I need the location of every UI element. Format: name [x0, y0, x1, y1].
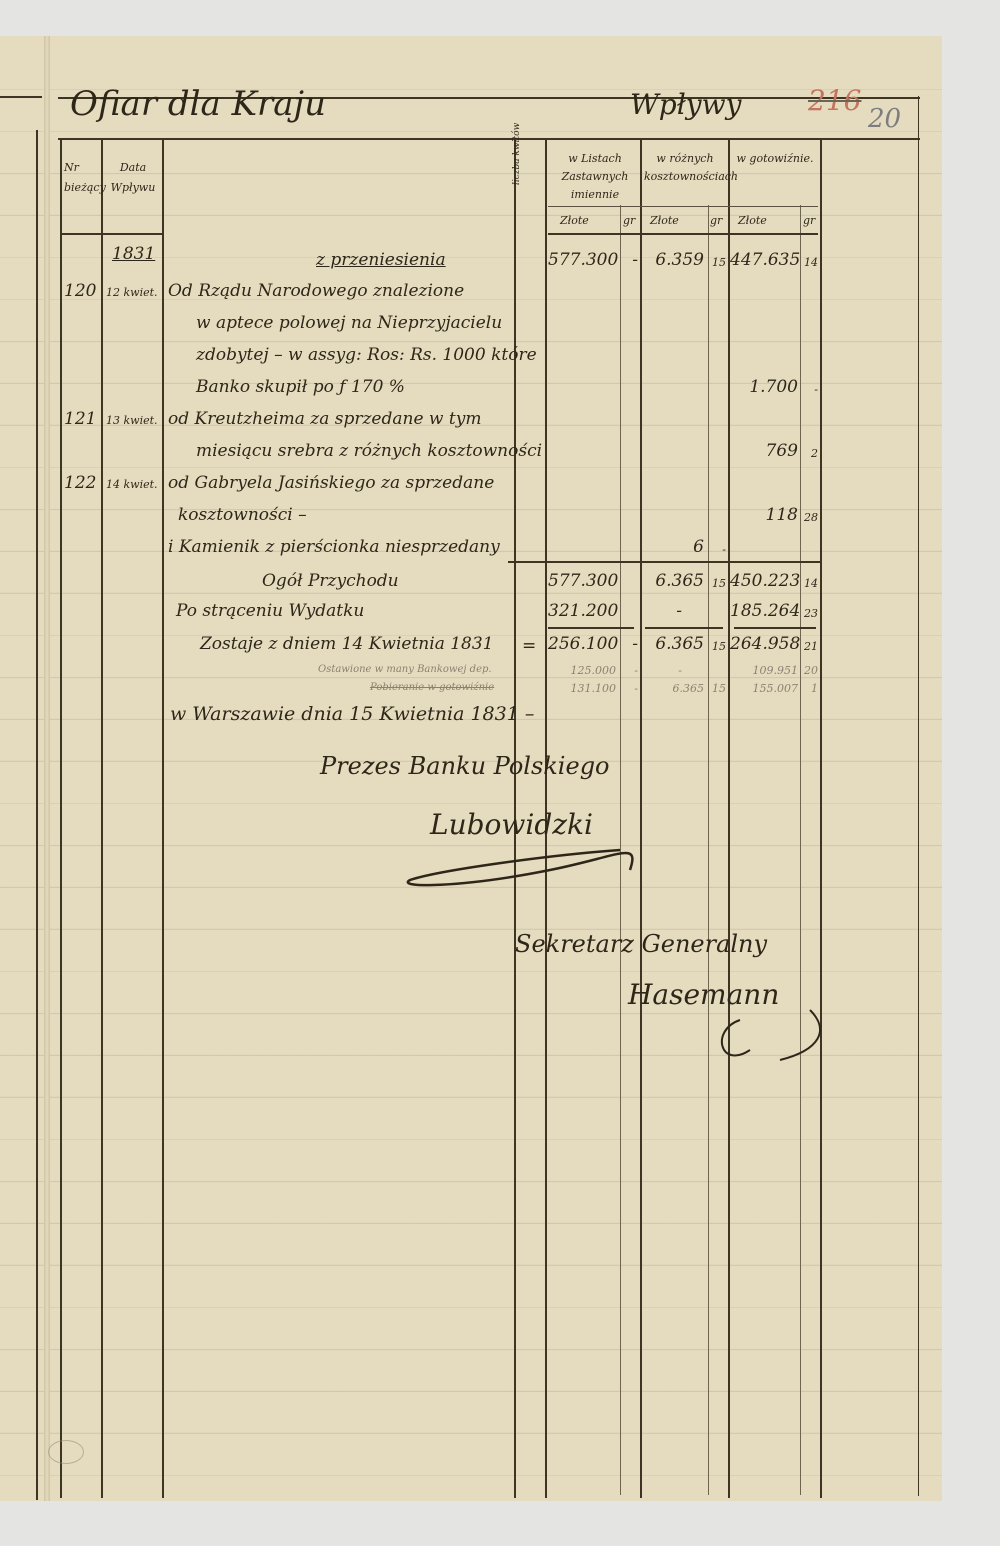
header-rule: [58, 138, 920, 140]
header-bottom-rule-right: [548, 233, 818, 235]
total-listy-zl: 577.300: [548, 571, 616, 591]
binding-gutter: [44, 36, 50, 1501]
entry-120-line-4: Banko skupił po ƒ 170 %: [196, 377, 405, 397]
expense-listy-zl: 321.200: [548, 601, 616, 621]
col-line-date-right: [162, 138, 164, 1498]
col-header-kwity: liczba kwitów: [512, 125, 522, 185]
balance-label: Zostaje z dniem 14 Kwietnia 1831: [200, 634, 494, 654]
archive-stamp: [48, 1440, 84, 1464]
entry-122-got-zl: 118: [730, 505, 798, 525]
signature-flourish: [400, 840, 730, 900]
president-title: Prezes Banku Polskiego: [320, 752, 610, 780]
balance-got-zl: 264.958: [730, 634, 798, 654]
balance-kosz-zl: 6.365: [642, 634, 704, 654]
entry-121-line-2: miesiącu srebra z różnych kosztowności: [196, 441, 542, 461]
note2-got-zl: 155.007: [730, 682, 798, 695]
right-frame: [918, 96, 919, 1496]
col-line-got-right: [820, 138, 822, 1498]
total-got-gr: 14: [800, 577, 818, 590]
entry-122-line-1: od Gabryela Jasińskiego za sprzedane: [168, 473, 494, 493]
note1-got-gr: 20: [800, 664, 818, 677]
balance-listy-zl: 256.100: [548, 634, 616, 654]
col-header-got-gr: gr: [803, 214, 815, 227]
note2-listy-gr: -: [620, 682, 638, 695]
entry-121-nr: 121: [64, 409, 96, 429]
col-header-nr: Nr bieżący: [64, 158, 100, 198]
entry-120-got-gr: -: [800, 383, 818, 396]
balance-rule-got: [734, 627, 816, 629]
note2-label: Pobieranie w gotowiźnie: [370, 682, 494, 693]
col-header-listy-zl: Złote: [560, 214, 589, 227]
note1-listy-gr: -: [620, 664, 638, 677]
col-header-listy-gr: gr: [623, 214, 635, 227]
entry-121-got-zl: 769: [730, 441, 798, 461]
entry-120-line-3: zdobytej – w assyg: Ros: Rs. 1000 które: [196, 345, 537, 365]
entry-122-date: 14 kwiet.: [106, 478, 158, 491]
total-label: Ogół Przychodu: [262, 571, 399, 591]
note2-kosz-gr: 15: [708, 682, 726, 695]
entry-121-date: 13 kwiet.: [106, 414, 158, 427]
entry-121-line-1: od Kreutzheima za sprzedane w tym: [168, 409, 481, 429]
carry-kosz-gr: 15: [708, 256, 726, 269]
expense-kosz-zl: -: [642, 601, 682, 621]
president-signature: Lubowidzki: [430, 808, 593, 841]
prev-page-rule: [0, 96, 42, 98]
note2-listy-zl: 131.100: [548, 682, 616, 695]
entry-122-kosz-zl: 6: [642, 537, 704, 557]
balance-listy-gr: -: [620, 634, 638, 654]
note1-got-zl: 109.951: [730, 664, 798, 677]
total-kosz-gr: 15: [708, 577, 726, 590]
heading-wplywy: Wpływy: [630, 88, 741, 121]
entry-120-nr: 120: [64, 281, 96, 301]
carry-label: z przeniesienia: [316, 250, 446, 270]
ledger-year: 1831: [112, 244, 155, 264]
header-bottom-rule-left: [62, 233, 162, 235]
col-line-nr-left: [60, 138, 62, 1498]
note1-listy-zl: 125.000: [548, 664, 616, 677]
col-header-gotowizna: w gotowiźnie.: [732, 150, 818, 168]
expense-got-gr: 23: [800, 607, 818, 620]
carry-got-gr: 14: [800, 256, 818, 269]
entry-120-date: 12 kwiet.: [106, 286, 158, 299]
entry-122-line-2: kosztowności –: [178, 505, 307, 525]
prev-page-column-line: [36, 130, 38, 1500]
expense-label: Po strąceniu Wydatku: [176, 601, 364, 621]
entry-122-got-gr: 28: [800, 511, 818, 524]
total-kosz-zl: 6.365: [642, 571, 704, 591]
entry-120-line-1: Od Rządu Narodowego znalezione: [168, 281, 464, 301]
col-line-got-gr: [800, 205, 801, 1495]
note2-got-gr: 1: [800, 682, 818, 695]
col-header-kosz-gr: gr: [710, 214, 722, 227]
balance-rule-kosz: [645, 627, 723, 629]
col-header-kosztownosci: w różnych kosztownościach: [644, 150, 726, 186]
entry-121-got-gr: 2: [800, 447, 818, 460]
col-header-listy: w Listach Zastawnych imiennie: [550, 150, 640, 204]
balance-equals: =: [522, 636, 536, 656]
col-header-kosz-zl: Złote: [650, 214, 679, 227]
note1-label: Ostawione w many Bankowej dep.: [318, 664, 492, 675]
col-line-nr-right: [101, 138, 103, 1498]
carry-kosz-zl: 6.359: [642, 250, 704, 270]
col-line-listy-right: [640, 138, 642, 1498]
balance-got-gr: 21: [800, 640, 818, 653]
place-date: w Warszawie dnia 15 Kwietnia 1831 –: [170, 703, 534, 725]
entry-122-line-3: i Kamienik z pierścionka niesprzedany: [168, 537, 500, 557]
entry-120-got-zl: 1.700: [730, 377, 798, 397]
entry-120-line-2: w aptece polowej na Nieprzyjacielu: [196, 313, 502, 333]
carry-listy-zl: 577.300: [548, 250, 616, 270]
folio-struck-red: 216: [808, 84, 861, 117]
total-rule: [508, 561, 820, 563]
carry-listy-gr: -: [620, 250, 638, 270]
balance-rule-listy: [548, 627, 634, 629]
carry-got-zl: 447.635: [730, 250, 798, 270]
secretary-flourish: [630, 1000, 830, 1070]
note1-kosz-zl: -: [642, 664, 682, 677]
balance-kosz-gr: 15: [708, 640, 726, 653]
expense-got-zl: 185.264: [730, 601, 798, 621]
folio-pencil: 20: [868, 104, 901, 134]
note2-kosz-zl: 6.365: [642, 682, 704, 695]
heading-ofiar-dla-kraju: Ofiar dla Kraju: [70, 84, 326, 124]
col-header-date: Data Wpływu: [106, 158, 160, 198]
col-line-kosz-right: [728, 138, 730, 1498]
col-header-got-zl: Złote: [738, 214, 767, 227]
entry-122-kosz-gr: -: [708, 543, 726, 556]
header-subrule: [548, 206, 818, 207]
secretary-title: Sekretarz Generalny: [515, 930, 767, 958]
total-got-zl: 450.223: [730, 571, 798, 591]
entry-122-nr: 122: [64, 473, 96, 493]
